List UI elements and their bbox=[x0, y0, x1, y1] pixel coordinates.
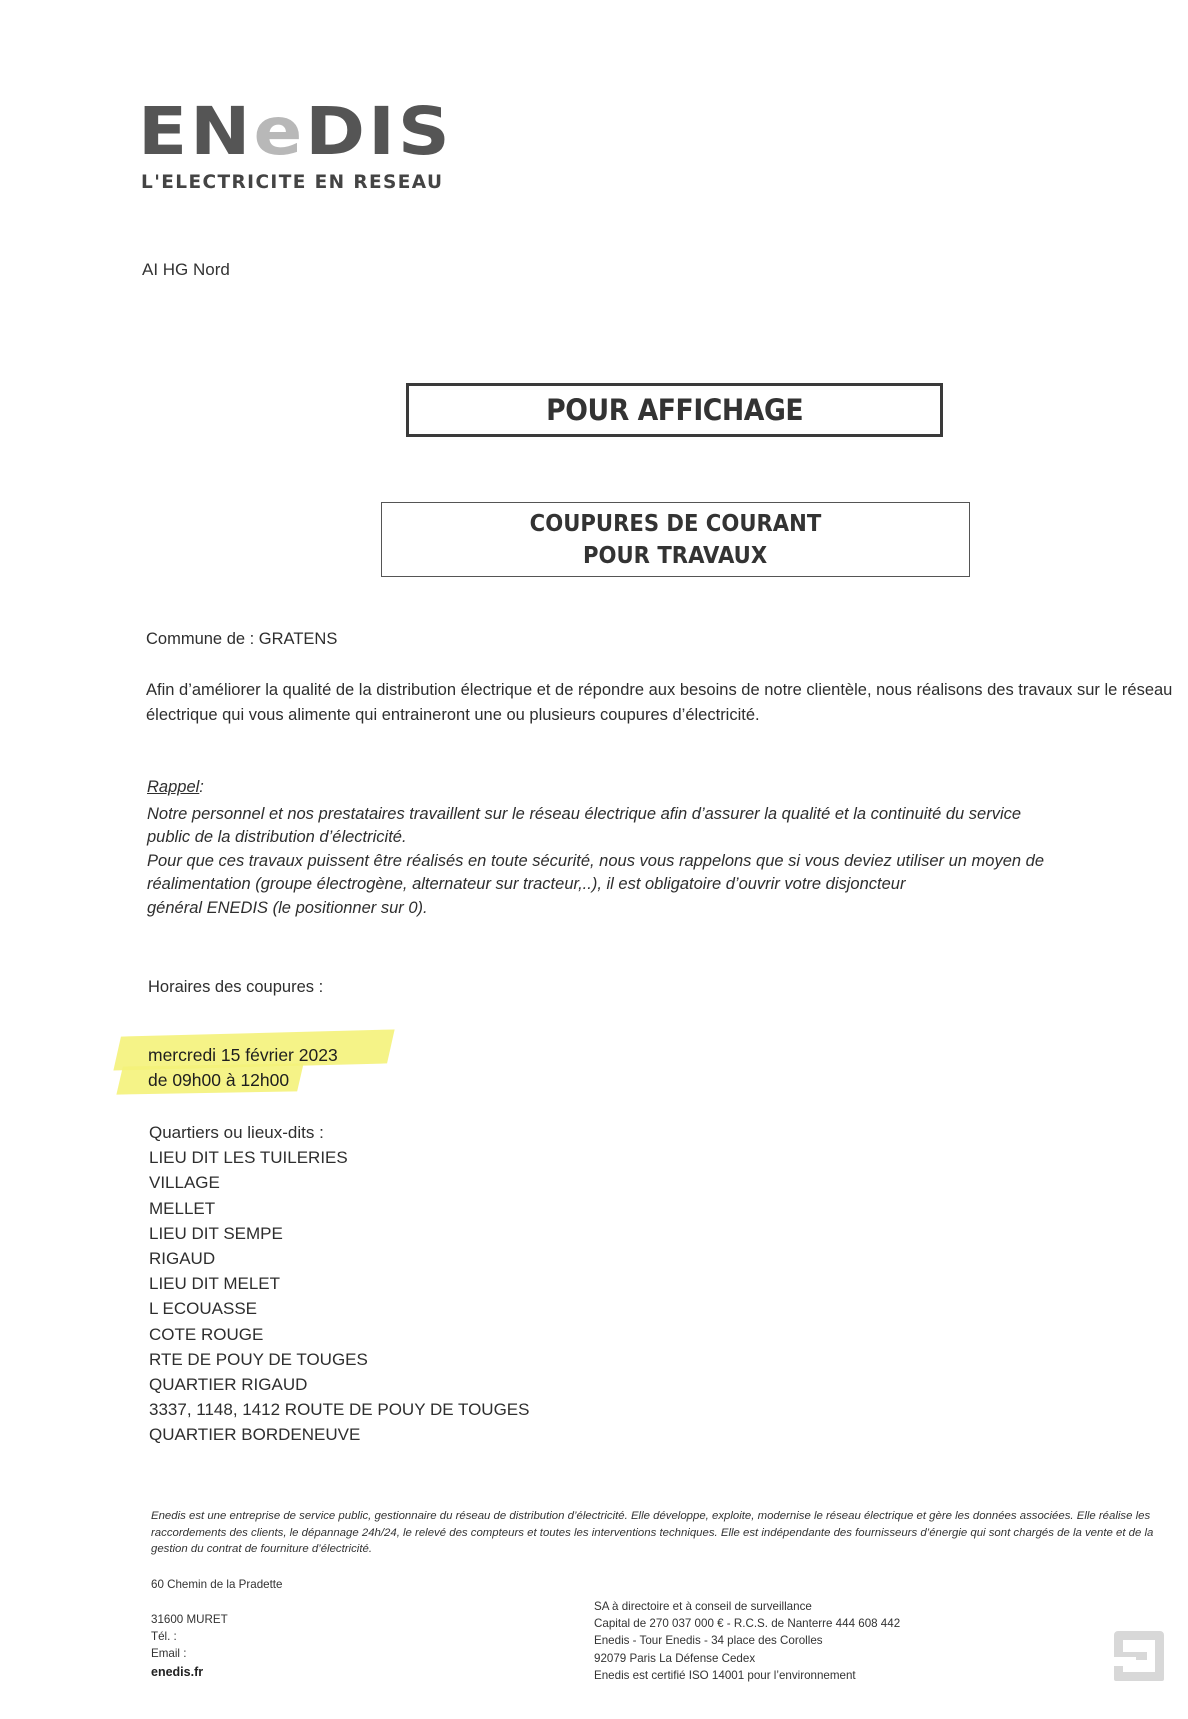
intro-paragraph: Afin d’améliorer la qualité de la distri… bbox=[146, 678, 1176, 728]
subject-line-2: POUR TRAVAUX bbox=[583, 540, 767, 572]
rappel-colon: : bbox=[199, 775, 204, 800]
notice-title-box: POUR AFFICHAGE bbox=[406, 383, 943, 437]
area-item: RTE DE POUY DE TOUGES bbox=[149, 1347, 529, 1372]
notice-title: POUR AFFICHAGE bbox=[546, 393, 803, 427]
area-item: L ECOUASSE bbox=[149, 1296, 529, 1321]
sender-department: AI HG Nord bbox=[142, 260, 230, 280]
commune-label: Commune de : GRATENS bbox=[146, 627, 337, 652]
area-item: LIEU DIT LES TUILERIES bbox=[149, 1145, 529, 1170]
rappel-line: Pour que ces travaux puissent être réali… bbox=[147, 850, 1177, 873]
outage-date: mercredi 15 février 2023 bbox=[148, 1045, 338, 1066]
enedis-logo: ENeDIS bbox=[138, 98, 453, 164]
affected-areas: Quartiers ou lieux-dits : LIEU DIT LES T… bbox=[149, 1120, 529, 1448]
logo-text-left: EN bbox=[138, 92, 253, 169]
office-phone: Tél. : bbox=[151, 1630, 177, 1643]
legal-line: SA à directoire et à conseil de surveill… bbox=[594, 1598, 900, 1615]
office-email: Email : bbox=[151, 1647, 186, 1660]
area-item: QUARTIER BORDENEUVE bbox=[149, 1422, 529, 1447]
area-item: LIEU DIT SEMPE bbox=[149, 1221, 529, 1246]
outage-time: de 09h00 à 12h00 bbox=[148, 1070, 289, 1091]
areas-label: Quartiers ou lieux-dits : bbox=[149, 1120, 529, 1145]
website-link[interactable]: enedis.fr bbox=[151, 1665, 203, 1679]
legal-info: SA à directoire et à conseil de surveill… bbox=[594, 1598, 900, 1684]
rappel-line: public de la distribution d’électricité. bbox=[147, 826, 1177, 849]
rappel-line: général ENEDIS (le positionner sur 0). bbox=[147, 897, 1177, 920]
legal-line: Enedis est certifié ISO 14001 pour l’env… bbox=[594, 1667, 900, 1684]
office-address: 60 Chemin de la Pradette bbox=[151, 1578, 282, 1591]
subject-box: COUPURES DE COURANT POUR TRAVAUX bbox=[381, 502, 970, 577]
rappel-body: Notre personnel et nos prestataires trav… bbox=[147, 803, 1177, 920]
logo-tagline: L'ELECTRICITE EN RESEAU bbox=[141, 172, 443, 193]
area-item: QUARTIER RIGAUD bbox=[149, 1372, 529, 1397]
subject-line-1: COUPURES DE COURANT bbox=[530, 508, 822, 540]
area-item: RIGAUD bbox=[149, 1246, 529, 1271]
rappel-heading: Rappel : bbox=[147, 775, 204, 800]
area-item: COTE ROUGE bbox=[149, 1322, 529, 1347]
area-item: MELLET bbox=[149, 1196, 529, 1221]
area-item: LIEU DIT MELET bbox=[149, 1271, 529, 1296]
logo-text-right: DIS bbox=[305, 92, 452, 169]
rappel-label: Rappel bbox=[147, 778, 199, 796]
area-item: VILLAGE bbox=[149, 1170, 529, 1195]
office-city: 31600 MURET bbox=[151, 1613, 228, 1626]
schedule-label: Horaires des coupures : bbox=[148, 975, 323, 1000]
legal-line: 92079 Paris La Défense Cedex bbox=[594, 1650, 900, 1667]
company-description: Enedis est une entreprise de service pub… bbox=[151, 1508, 1166, 1558]
rappel-line: réalimentation (groupe électrogène, alte… bbox=[147, 873, 1177, 896]
legal-line: Capital de 270 037 000 € - R.C.S. de Nan… bbox=[594, 1615, 900, 1632]
area-item: 3337, 1148, 1412 ROUTE DE POUY DE TOUGES bbox=[149, 1397, 529, 1422]
legal-line: Enedis - Tour Enedis - 34 place des Coro… bbox=[594, 1632, 900, 1649]
areas-list: LIEU DIT LES TUILERIESVILLAGEMELLETLIEU … bbox=[149, 1145, 529, 1447]
logo-text-mid: e bbox=[253, 92, 305, 169]
rappel-line: Notre personnel et nos prestataires trav… bbox=[147, 803, 1177, 826]
enedis-e-logo-icon bbox=[1114, 1631, 1164, 1681]
